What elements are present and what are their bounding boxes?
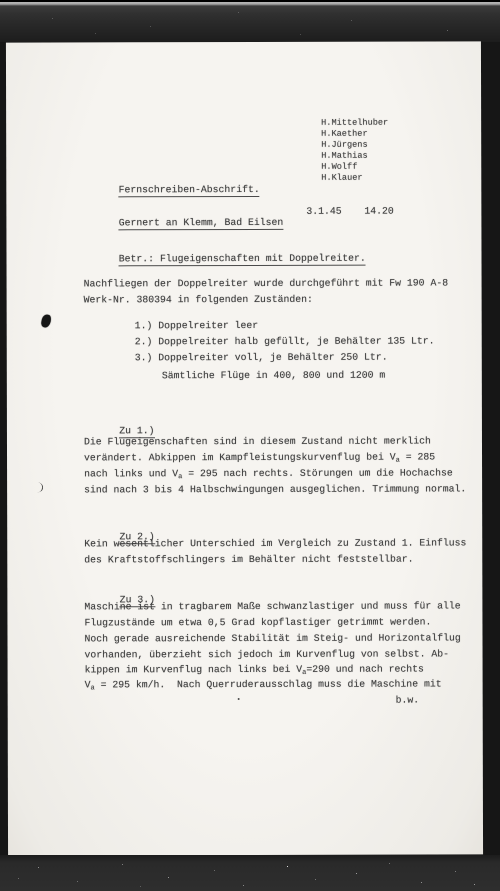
body-line: verändert. Abkippen im Kampfleistungskur… xyxy=(84,452,435,464)
period-artifact xyxy=(238,698,240,700)
time-label: 14.20 xyxy=(364,206,393,217)
recipient-name: H.Mittelhuber xyxy=(321,118,388,129)
recipient-name: H.Mathias xyxy=(321,150,388,161)
body-line: nach links und Va = 295 nach rechts. Stö… xyxy=(84,467,453,479)
condition-item: 2.) Doppelreiter halb gefüllt, je Behält… xyxy=(135,336,435,348)
sender-line: Gernert an Klemm, Bad Eilsen xyxy=(83,206,283,240)
continuation-mark: b.w. xyxy=(396,695,420,706)
doc-type-text: Fernschreiben-Abschrift. xyxy=(119,184,260,197)
subject-line: Betr.: Flugeigenschaften mit Doppelreite… xyxy=(83,242,365,276)
condition-item: 3.) Doppelreiter voll, je Behälter 250 L… xyxy=(135,352,388,364)
intro-line: Werk-Nr. 380394 in folgenden Zuständen: xyxy=(84,294,313,306)
altitude-note: Sämtliche Flüge in 400, 800 und 1200 m xyxy=(162,370,385,382)
scanned-document: H.Mittelhuber H.Kaether H.Jürgens H.Math… xyxy=(0,0,500,891)
body-line: sind nach 3 bis 4 Halbschwingungen ausge… xyxy=(84,483,466,495)
intro-line: Nachfliegen der Doppelreiter wurde durch… xyxy=(84,277,449,289)
recipients-list: H.Mittelhuber H.Kaether H.Jürgens H.Math… xyxy=(321,118,388,184)
body-line: Va = 295 km/h. Nach Querruderausschlag m… xyxy=(85,678,442,690)
ink-blot-artifact xyxy=(40,314,51,329)
body-line: Kein wesentlicher Unterschied im Verglei… xyxy=(84,537,466,549)
subject-text: Betr.: Flugeigenschaften mit Doppelreite… xyxy=(119,253,366,267)
recipient-name: H.Jürgens xyxy=(321,139,388,150)
sender-text: Gernert an Klemm, Bad Eilsen xyxy=(119,217,284,230)
recipient-name: H.Klauer xyxy=(321,172,388,183)
body-line: Die Flugeigenschaften sind in diesem Zus… xyxy=(84,436,431,448)
body-line: vorhanden, überzieht sich jedoch im Kurv… xyxy=(85,648,450,660)
body-line: Flugzustände um etwa 0,5 Grad kopflastig… xyxy=(84,617,431,629)
recipient-name: H.Wolff xyxy=(321,161,388,172)
condition-item: 1.) Doppelreiter leer xyxy=(135,320,258,331)
film-grain-speckles xyxy=(0,0,1,1)
document-page: H.Mittelhuber H.Kaether H.Jürgens H.Math… xyxy=(6,41,483,855)
body-line: des Kraftstoffschlingers im Behälter nic… xyxy=(84,554,413,566)
body-line: kippen im Kurvenflug nach links bei Va=2… xyxy=(85,664,424,676)
recipient-name: H.Kaether xyxy=(321,129,388,140)
pen-mark-artifact xyxy=(37,482,44,492)
body-line: Noch gerade ausreichende Stabilität im S… xyxy=(84,632,460,644)
doc-type-label: Fernschreiben-Abschrift. xyxy=(83,173,259,206)
film-grain-speckles xyxy=(0,855,1,856)
scan-bottom-band xyxy=(0,855,500,891)
date-label: 3.1.45 xyxy=(306,206,341,217)
scan-top-band xyxy=(0,0,500,42)
body-line: Maschine ist in tragbarem Maße schwanzla… xyxy=(84,600,460,612)
